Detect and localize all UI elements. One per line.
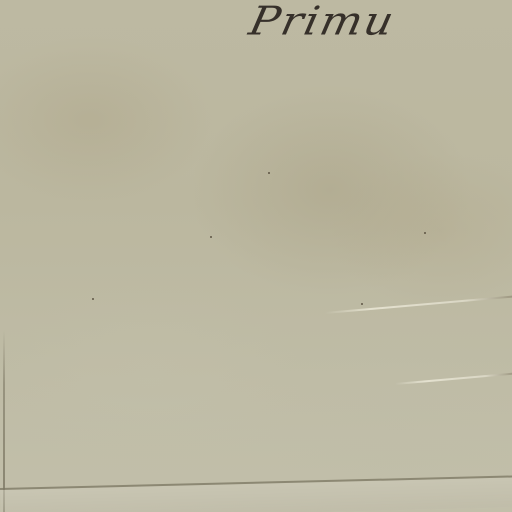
- ink-speck: [92, 298, 94, 300]
- ink-speck: [424, 232, 426, 234]
- paper-bottom-fold: [0, 475, 512, 512]
- page-left-edge: [3, 330, 5, 512]
- ink-speck: [268, 172, 270, 174]
- ink-speck: [210, 236, 212, 238]
- handwritten-word: Primu: [245, 0, 400, 44]
- manuscript-page: Primu: [0, 0, 512, 512]
- paper-crease: [325, 295, 512, 314]
- ink-speck: [361, 303, 363, 305]
- paper-crease: [395, 373, 512, 385]
